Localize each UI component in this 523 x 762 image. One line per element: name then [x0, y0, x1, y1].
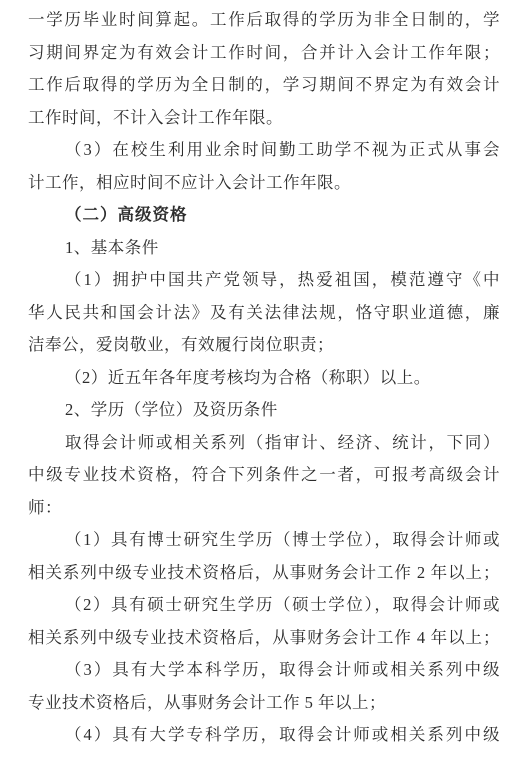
- text-line: 2、学历（学位）及资历条件: [28, 394, 500, 427]
- text-line: 中级专业技术资格，符合下列条件之一者，可报考高级会计: [28, 459, 500, 492]
- text-line: 师：: [28, 492, 500, 525]
- text-line: 习期间界定为有效会计工作时间，合并计入会计工作年限；: [28, 37, 500, 70]
- text-line: 相关系列中级专业技术资格后，从事财务会计工作 4 年以上；: [28, 622, 500, 655]
- text-line: 华人民共和国会计法》及有关法律法规，恪守职业道德，廉: [28, 297, 500, 330]
- text-line: （2）近五年各年度考核均为合格（称职）以上。: [28, 362, 500, 395]
- text-line: 洁奉公，爱岗敬业，有效履行岗位职责；: [28, 329, 500, 362]
- text-line: （2）具有硕士研究生学历（硕士学位），取得会计师或: [28, 589, 500, 622]
- text-line: 一学历毕业时间算起。工作后取得的学历为非全日制的，学: [28, 4, 500, 37]
- document-body: 一学历毕业时间算起。工作后取得的学历为非全日制的，学 习期间界定为有效会计工作时…: [28, 4, 500, 752]
- text-line: 工作后取得的学历为全日制的，学习期间不界定为有效会计: [28, 69, 500, 102]
- text-line: （4）具有大学专科学历，取得会计师或相关系列中级: [28, 719, 500, 752]
- text-line: 工作时间，不计入会计工作年限。: [28, 102, 500, 135]
- text-line: 专业技术资格后，从事财务会计工作 5 年以上；: [28, 687, 500, 720]
- document-page: 一学历毕业时间算起。工作后取得的学历为非全日制的，学 习期间界定为有效会计工作时…: [0, 0, 523, 762]
- section-heading-senior-qualification: （二）高级资格: [28, 199, 500, 232]
- text-line: （3）具有大学本科学历，取得会计师或相关系列中级: [28, 654, 500, 687]
- text-line: （1）具有博士研究生学历（博士学位），取得会计师或: [28, 524, 500, 557]
- text-line: 取得会计师或相关系列（指审计、经济、统计，下同）: [28, 427, 500, 460]
- text-line: 1、基本条件: [28, 232, 500, 265]
- text-line: （3）在校生利用业余时间勤工助学不视为正式从事会: [28, 134, 500, 167]
- text-line: 计工作，相应时间不应计入会计工作年限。: [28, 167, 500, 200]
- text-line: （1）拥护中国共产党领导，热爱祖国，模范遵守《中: [28, 264, 500, 297]
- text-line: 相关系列中级专业技术资格后，从事财务会计工作 2 年以上；: [28, 557, 500, 590]
